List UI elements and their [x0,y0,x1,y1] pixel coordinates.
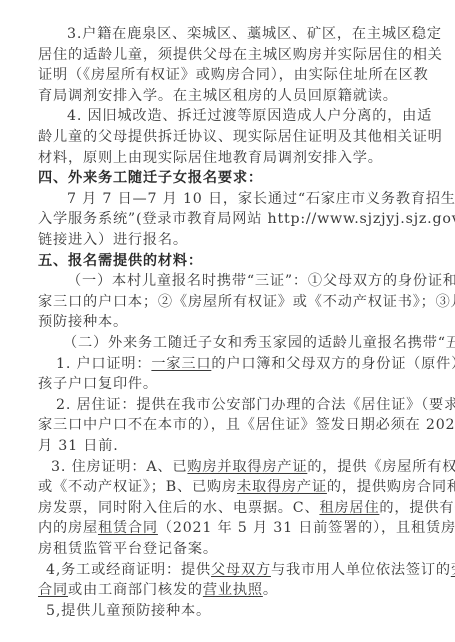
text-segment: 或《不动产权证》；B、已购房 [38,479,237,495]
text-segment: 或由工商部门核发的 [68,582,203,598]
text-segment: 1. 户口证明： [56,356,151,372]
text-line: 合同或由工商部门核发的营业执照。 [38,580,400,600]
text-line: 房租赁监管平台登记备案。 [38,539,400,559]
text-segment: 的户口簿和父母双方的身份证（原件）及 [211,356,455,372]
document-page: 3.户籍在鹿泉区、栾城区、藁城区、矿区，在主城区稳定居住的适龄儿童，须提供父母在… [0,0,455,642]
text-line: 3.户籍在鹿泉区、栾城区、藁城区、矿区，在主城区稳定 [38,24,429,44]
text-line: 龄儿童的父母提供拆迁协议、现实际居住证明及其他相关证明 [38,127,400,147]
section-heading: 五、报名需提供的材料： [38,251,400,271]
text-line: 7 月 7 日—7 月 10 日，家长通过“石家庄市义务教育招生 [38,189,429,209]
text-line: 1. 户口证明：一家三口的户口簿和父母双方的身份证（原件）及 [38,354,418,374]
text-line: （一）本村儿童报名时携带“三证”：①父母双方的身份证和一 [38,271,429,291]
underlined-text: 父母双方 [211,562,271,578]
text-line: 育局调剂安排入学。在主城区租房的人员回原籍就读。 [38,86,400,106]
text-line: 2. 居住证：提供在我市公安部门办理的合法《居住证》（要求一 [38,395,418,415]
text-segment: 4,务工或经商证明：提供 [46,562,211,578]
text-segment: 的，提供《房屋所有权证》 [307,459,455,475]
text-line: 链接进入）进行报名。 [38,230,400,250]
text-segment: 。 [263,582,278,598]
text-line: 内的房屋租赁合同（2021 年 5 月 31 日前签署的），且租赁房屋在住 [38,518,400,538]
text-line: 家三口中户口不在本市的），且《居住证》签发日期必须在 2021 年 5 [38,415,400,435]
underlined-text: 购房并取得房产证 [187,459,307,475]
text-line: 居住的适龄儿童，须提供父母在主城区购房并实际居住的相关 [38,45,400,65]
section-heading: 四、外来务工随迁子女报名要求： [38,168,400,188]
text-line: 4. 因旧城改造、拆迁过渡等原因造成人户分离的，由适 [38,106,429,126]
text-segment: 内的房屋 [38,520,98,536]
text-line: 3. 住房证明：A、已购房并取得房产证的，提供《房屋所有权证》 [38,457,413,477]
text-segment: （2021 年 5 月 31 日前签署的），且租赁房屋在住 [158,520,455,536]
text-line: 入学服务系统”(登录市教育局网站 http://www.sjzjyj.sjz.g… [38,209,400,229]
text-line: 材料，原则上由现实际居住地教育局调剂安排入学。 [38,148,400,168]
text-segment: 房发票，同时附入住后的水、电票据。C、 [38,500,319,516]
text-line: 房发票，同时附入住后的水、电票据。C、租房居住的，提供有效期 [38,498,400,518]
text-line: 家三口的户口本；②《房屋所有权证》或《不动产权证书》；③儿童 [38,292,400,312]
text-line: （二）外来务工随迁子女和秀玉家园的适龄儿童报名携带“五证”： [38,333,425,353]
text-line: 或《不动产权证》；B、已购房未取得房产证的，提供购房合同和购 [38,477,400,497]
underlined-text: 营业执照 [203,582,263,598]
underlined-text: 合同 [38,582,68,598]
text-segment: 与我市用人单位依法签订的 [271,562,451,578]
text-line: 孩子户口复印件。 [38,374,400,394]
text-line: 4,务工或经商证明：提供父母双方与我市用人单位依法签订的劳动 [38,560,408,580]
text-line: 证明（《房屋所有权证》或购房合同），由实际住址所在区教 [38,65,400,85]
text-segment: 的，提供购房合同和购 [327,479,455,495]
text-line: 5,提供儿童预防接种本。 [38,601,408,621]
text-segment: 3. 住房证明：A、已 [51,459,187,475]
underlined-text: 租赁合同 [98,520,158,536]
underlined-text: 劳动 [451,562,455,578]
text-line: 预防接种本。 [38,312,400,332]
underlined-text: 一家三口 [151,356,211,372]
text-segment: 的，提供有效期 [379,500,455,516]
underlined-text: 租房居住 [319,500,379,516]
underlined-text: 未取得房产证 [237,479,327,495]
text-line: 月 31 日前. [38,436,400,456]
